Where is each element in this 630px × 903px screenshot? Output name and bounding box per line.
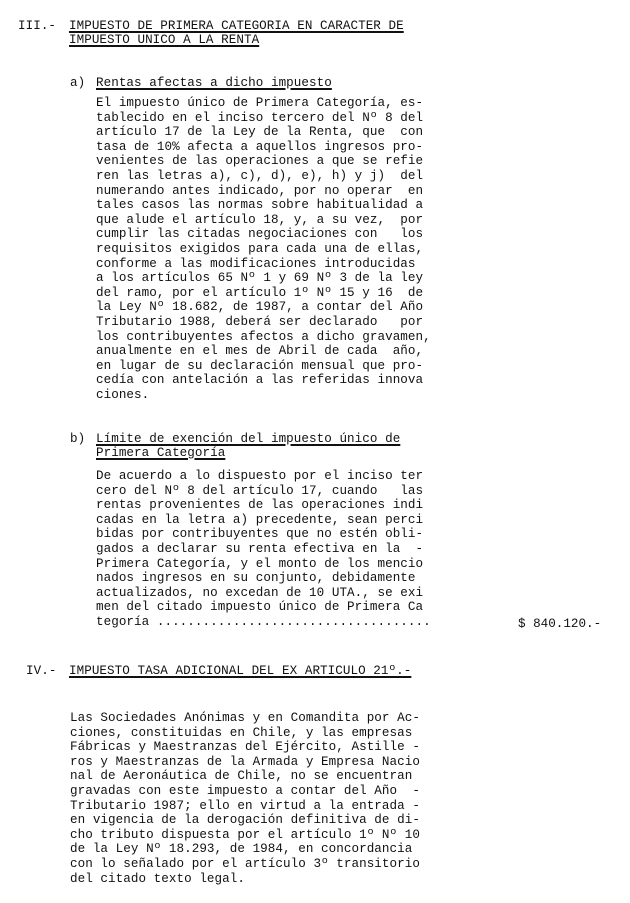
subsection-a-label: a) [70, 76, 85, 91]
subsection-b-body-line: tegoría ................................… [96, 615, 431, 630]
subsection-a-body-line: la Ley Nº 18.682, de 1987, a contar del … [96, 300, 423, 315]
section-iv-number: IV.- [26, 664, 56, 679]
subsection-a-body-line: que alude el artículo 18, y, a su vez, p… [96, 213, 423, 228]
subsection-a-body-line: Tributario 1988, deberá ser declarado po… [96, 315, 423, 330]
subsection-a-body-line: ren las letras a), c), d), e), h) y j) d… [96, 169, 423, 184]
subsection-a-body-line: a los artículos 65 Nº 1 y 69 Nº 3 de la … [96, 271, 423, 286]
subsection-a-body-line: tales casos las normas sobre habitualida… [96, 198, 423, 213]
document-page: III.- IMPUESTO DE PRIMERA CATEGORIA EN C… [0, 0, 630, 903]
subsection-b-body-line: De acuerdo a lo dispuesto por el inciso … [96, 469, 423, 484]
subsection-a-body-line: El impuesto único de Primera Categoría, … [96, 96, 423, 111]
section-iv-body-line: con lo señalado por el artículo 3º trans… [70, 857, 420, 872]
section-iii-title-line-1: IMPUESTO DE PRIMERA CATEGORIA EN CARACTE… [69, 19, 404, 34]
subsection-a-body-line: ciones. [96, 388, 149, 403]
subsection-b-label: b) [70, 432, 85, 447]
section-iii-number: III.- [18, 19, 56, 34]
section-iv-body-line: nal de Aeronáutica de Chile, no se encue… [70, 769, 412, 784]
subsection-a-body-line: los contribuyentes afectos a dicho grava… [96, 330, 431, 345]
section-iv-body-line: de la Ley Nº 18.293, de 1984, en concord… [70, 842, 412, 857]
subsection-b-title-line-2: Primera Categoría [96, 446, 225, 461]
section-iv-title: IMPUESTO TASA ADICIONAL DEL EX ARTICULO … [69, 664, 411, 679]
subsection-a-body-line: numerando antes indicado, por no operar … [96, 184, 423, 199]
subsection-a-title: Rentas afectas a dicho impuesto [96, 76, 332, 91]
subsection-b-body-line: cero del Nº 8 del artículo 17, cuando la… [96, 484, 423, 499]
section-iv-body-line: ros y Maestranzas de la Armada y Empresa… [70, 755, 420, 770]
subsection-b-body-line: nados ingresos en su conjunto, debidamen… [96, 571, 416, 586]
subsection-b-body-line: men del citado impuesto único de Primera… [96, 600, 423, 615]
section-iv-body-line: en vigencia de la derogación definitiva … [70, 813, 420, 828]
subsection-a-body-line: requisitos exigidos para cada una de ell… [96, 242, 423, 257]
section-iv-body-line: del citado texto legal. [70, 872, 245, 887]
section-iv-body-line: gravadas con este impuesto a contar del … [70, 784, 420, 799]
subsection-a-body-line: del ramo, por el artículo 1º Nº 15 y 16 … [96, 286, 423, 301]
subsection-b-body-line: cadas en la letra a) precedente, sean pe… [96, 513, 423, 528]
subsection-b-body-line: gados a declarar su renta efectiva en la… [96, 542, 423, 557]
subsection-a-body-line: venientes de las operaciones a que se re… [96, 154, 423, 169]
section-iii-title-line-2: IMPUESTO UNICO A LA RENTA [69, 33, 259, 48]
section-iv-body-line: ciones, constituidas en Chile, y las emp… [70, 726, 412, 741]
subsection-a-body-line: en lugar de su declaración mensual que p… [96, 359, 423, 374]
subsection-b-body-line: bidas por contribuyentes que no estén ob… [96, 527, 423, 542]
subsection-b-body-line: Primera Categoría, y el monto de los men… [96, 557, 423, 572]
section-iv-body-line: cho tributo dispuesta por el artículo 1º… [70, 828, 420, 843]
subsection-a-body-line: cumplir las citadas negociaciones con lo… [96, 227, 423, 242]
subsection-b-title-line-1: Límite de exención del impuesto único de [96, 432, 400, 447]
exemption-amount: $ 840.120.- [518, 617, 601, 631]
subsection-a-body-line: anualmente en el mes de Abril de cada añ… [96, 344, 423, 359]
subsection-a-body-line: conforme a las modificaciones introducid… [96, 257, 416, 272]
section-iv-body-line: Tributario 1987; ello en virtud a la ent… [70, 799, 420, 814]
section-iv-body-line: Fábricas y Maestranzas del Ejército, Ast… [70, 740, 420, 755]
subsection-a-body-line: tasa de 10% afecta a aquellos ingresos p… [96, 140, 423, 155]
subsection-a-body-line: tablecido en el inciso tercero del Nº 8 … [96, 111, 423, 126]
section-iv-body-line: Las Sociedades Anónimas y en Comandita p… [70, 711, 420, 726]
subsection-b-body-line: actualizados, no excedan de 10 UTA., se … [96, 586, 423, 601]
subsection-a-body-line: cedía con antelación a las referidas inn… [96, 373, 423, 388]
subsection-b-body-line: rentas provenientes de las operaciones i… [96, 498, 423, 513]
subsection-a-body-line: artículo 17 de la Ley de la Renta, que c… [96, 125, 423, 140]
